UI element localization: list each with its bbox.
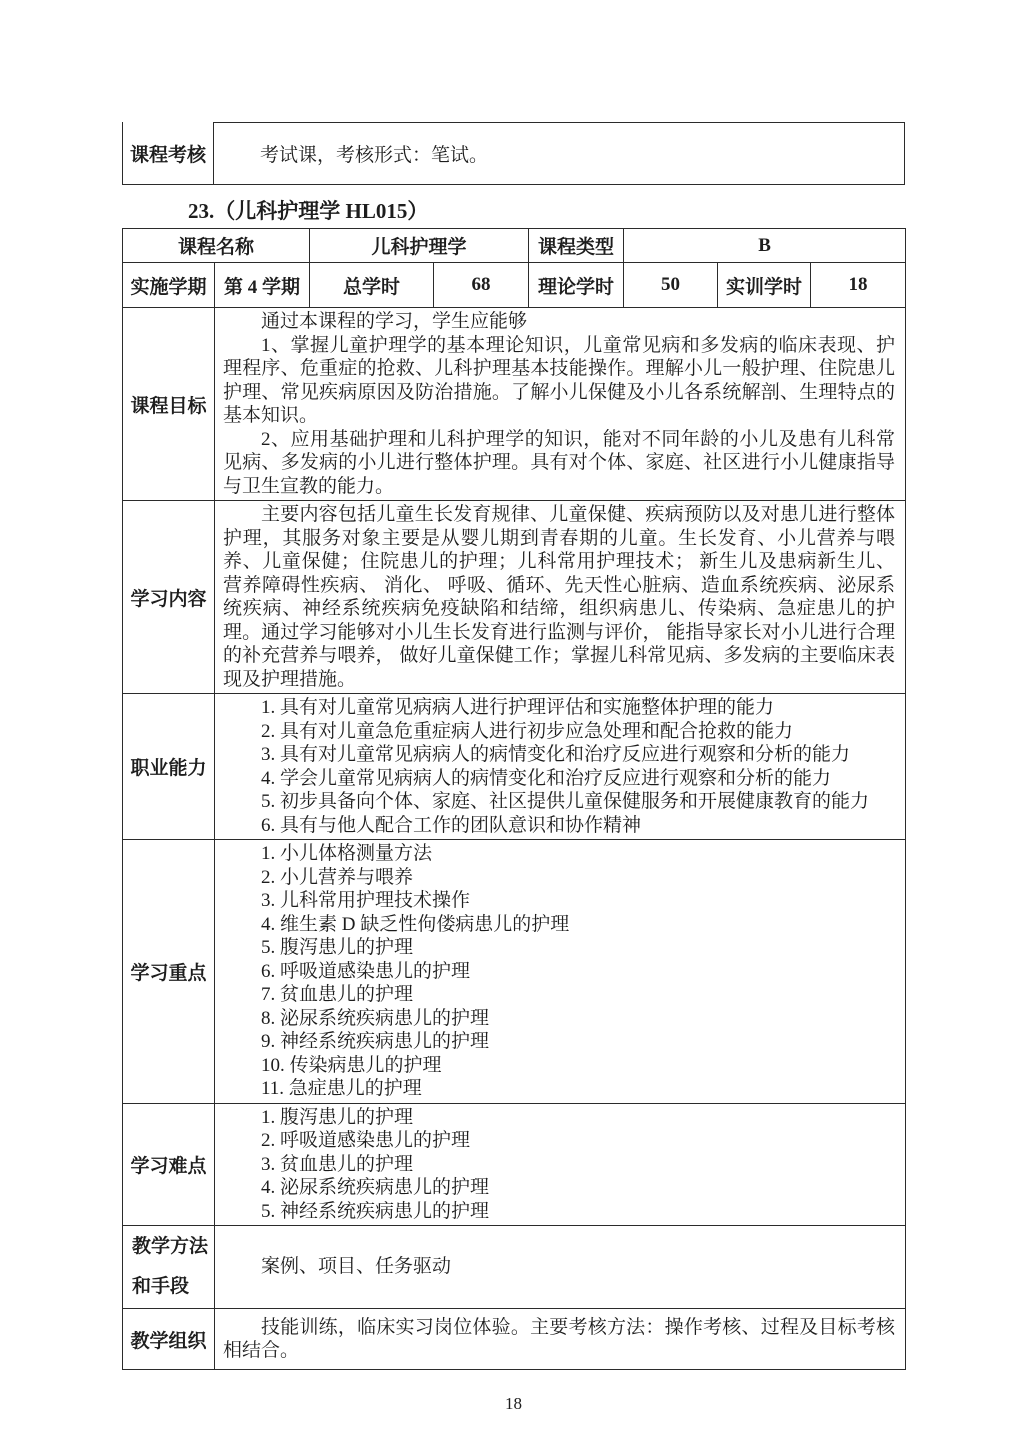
learning-content-content: 主要内容包括儿童生长发育规律、儿童保健、疾病预防以及对患儿进行整体护理，其服务对… <box>215 501 906 694</box>
theory-hours-value: 50 <box>624 263 718 308</box>
key-points-label: 学习重点 <box>123 840 215 1104</box>
difficult-points-label: 学习难点 <box>123 1103 215 1226</box>
course-type-label: 课程类型 <box>529 229 624 263</box>
assessment-label-cell: 课程考核 <box>122 122 214 185</box>
key-point-item: 11. 急症患儿的护理 <box>223 1077 895 1101</box>
course-name-value: 儿科护理学 <box>310 229 529 263</box>
learning-content-row: 学习内容 主要内容包括儿童生长发育规律、儿童保健、疾病预防以及对患儿进行整体护理… <box>123 501 906 694</box>
teaching-methods-label: 教学方法 和手段 <box>123 1226 215 1309</box>
semester-label: 实施学期 <box>123 263 215 308</box>
abilities-label: 职业能力 <box>123 694 215 840</box>
difficult-point-item: 3. 贫血患儿的护理 <box>223 1153 895 1177</box>
learning-content-label: 学习内容 <box>123 501 215 694</box>
course-schedule-row: 实施学期 第 4 学期 总学时 68 理论学时 50 实训学时 18 <box>123 263 906 308</box>
ability-item: 6. 具有与他人配合工作的团队意识和协作精神 <box>223 814 895 838</box>
practice-hours-value: 18 <box>811 263 906 308</box>
difficult-points-content: 1. 腹泻患儿的护理 2. 呼吸道感染患儿的护理 3. 贫血患儿的护理 4. 泌… <box>215 1103 906 1226</box>
course-assessment-row: 课程考核 考试课，考核形式：笔试。 <box>122 122 905 185</box>
key-point-item: 7. 贫血患儿的护理 <box>223 983 895 1007</box>
section-heading: 23.（儿科护理学 HL015） <box>188 198 905 225</box>
key-point-item: 5. 腹泻患儿的护理 <box>223 936 895 960</box>
teaching-organization-content: 技能训练，临床实习岗位体验。主要考核方法：操作考核、过程及目标考核相结合。 <box>215 1309 906 1370</box>
assessment-content: 考试课，考核形式：笔试。 <box>260 140 488 167</box>
teaching-methods-label-line1: 教学方法 <box>132 1227 213 1267</box>
course-table: 课程名称 儿科护理学 课程类型 B 实施学期 第 4 学期 总学时 68 理论学… <box>122 228 906 1370</box>
course-name-label: 课程名称 <box>123 229 310 263</box>
key-point-item: 6. 呼吸道感染患儿的护理 <box>223 960 895 984</box>
ability-item: 1. 具有对儿童常见病病人进行护理评估和实施整体护理的能力 <box>223 696 895 720</box>
objectives-paragraph: 1、掌握儿童护理学的基本理论知识，儿童常见病和多发病的临床表现、护理程序、危重症… <box>223 334 895 428</box>
learning-content-paragraph: 主要内容包括儿童生长发育规律、儿童保健、疾病预防以及对患儿进行整体护理，其服务对… <box>223 503 895 691</box>
difficult-point-item: 1. 腹泻患儿的护理 <box>223 1106 895 1130</box>
theory-hours-label: 理论学时 <box>529 263 624 308</box>
difficult-point-item: 2. 呼吸道感染患儿的护理 <box>223 1129 895 1153</box>
assessment-label: 课程考核 <box>130 140 206 167</box>
teaching-organization-text: 技能训练，临床实习岗位体验。主要考核方法：操作考核、过程及目标考核相结合。 <box>223 1316 895 1363</box>
objectives-paragraph: 2、应用基础护理和儿科护理学的知识，能对不同年龄的小儿及患有儿科常见病、多发病的… <box>223 428 895 499</box>
difficult-points-row: 学习难点 1. 腹泻患儿的护理 2. 呼吸道感染患儿的护理 3. 贫血患儿的护理… <box>123 1103 906 1226</box>
objectives-row: 课程目标 通过本课程的学习，学生应能够 1、掌握儿童护理学的基本理论知识，儿童常… <box>123 308 906 501</box>
difficult-point-item: 4. 泌尿系统疾病患儿的护理 <box>223 1176 895 1200</box>
total-hours-value: 68 <box>434 263 529 308</box>
key-point-item: 3. 儿科常用护理技术操作 <box>223 889 895 913</box>
abilities-row: 职业能力 1. 具有对儿童常见病病人进行护理评估和实施整体护理的能力 2. 具有… <box>123 694 906 840</box>
total-hours-label: 总学时 <box>310 263 434 308</box>
ability-item: 5. 初步具备向个体、家庭、社区提供儿童保健服务和开展健康教育的能力 <box>223 790 895 814</box>
key-point-item: 4. 维生素 D 缺乏性佝偻病患儿的护理 <box>223 913 895 937</box>
key-point-item: 8. 泌尿系统疾病患儿的护理 <box>223 1007 895 1031</box>
ability-item: 2. 具有对儿童急危重症病人进行初步应急处理和配合抢救的能力 <box>223 720 895 744</box>
objectives-paragraph: 通过本课程的学习，学生应能够 <box>223 310 895 334</box>
assessment-content-cell: 考试课，考核形式：笔试。 <box>214 122 905 185</box>
key-points-content: 1. 小儿体格测量方法 2. 小儿营养与喂养 3. 儿科常用护理技术操作 4. … <box>215 840 906 1104</box>
document-page: 课程考核 考试课，考核形式：笔试。 23.（儿科护理学 HL015） 课程名称 … <box>122 122 905 1414</box>
ability-item: 4. 学会儿童常见病病人的病情变化和治疗反应进行观察和分析的能力 <box>223 767 895 791</box>
abilities-content: 1. 具有对儿童常见病病人进行护理评估和实施整体护理的能力 2. 具有对儿童急危… <box>215 694 906 840</box>
key-point-item: 1. 小儿体格测量方法 <box>223 842 895 866</box>
course-type-value: B <box>624 229 906 263</box>
course-name-row: 课程名称 儿科护理学 课程类型 B <box>123 229 906 263</box>
page-number: 18 <box>122 1394 905 1414</box>
key-points-row: 学习重点 1. 小儿体格测量方法 2. 小儿营养与喂养 3. 儿科常用护理技术操… <box>123 840 906 1104</box>
teaching-methods-label-line2: 和手段 <box>132 1267 213 1307</box>
practice-hours-label: 实训学时 <box>718 263 811 308</box>
ability-item: 3. 具有对儿童常见病病人的病情变化和治疗反应进行观察和分析的能力 <box>223 743 895 767</box>
key-point-item: 2. 小儿营养与喂养 <box>223 866 895 890</box>
teaching-methods-content: 案例、项目、任务驱动 <box>215 1226 906 1309</box>
key-point-item: 10. 传染病患儿的护理 <box>223 1054 895 1078</box>
difficult-point-item: 5. 神经系统疾病患儿的护理 <box>223 1200 895 1224</box>
objectives-content: 通过本课程的学习，学生应能够 1、掌握儿童护理学的基本理论知识，儿童常见病和多发… <box>215 308 906 501</box>
teaching-methods-row: 教学方法 和手段 案例、项目、任务驱动 <box>123 1226 906 1309</box>
objectives-label: 课程目标 <box>123 308 215 501</box>
semester-value: 第 4 学期 <box>215 263 310 308</box>
teaching-methods-text: 案例、项目、任务驱动 <box>223 1255 895 1279</box>
teaching-organization-row: 教学组织 技能训练，临床实习岗位体验。主要考核方法：操作考核、过程及目标考核相结… <box>123 1309 906 1370</box>
key-point-item: 9. 神经系统疾病患儿的护理 <box>223 1030 895 1054</box>
teaching-organization-label: 教学组织 <box>123 1309 215 1370</box>
